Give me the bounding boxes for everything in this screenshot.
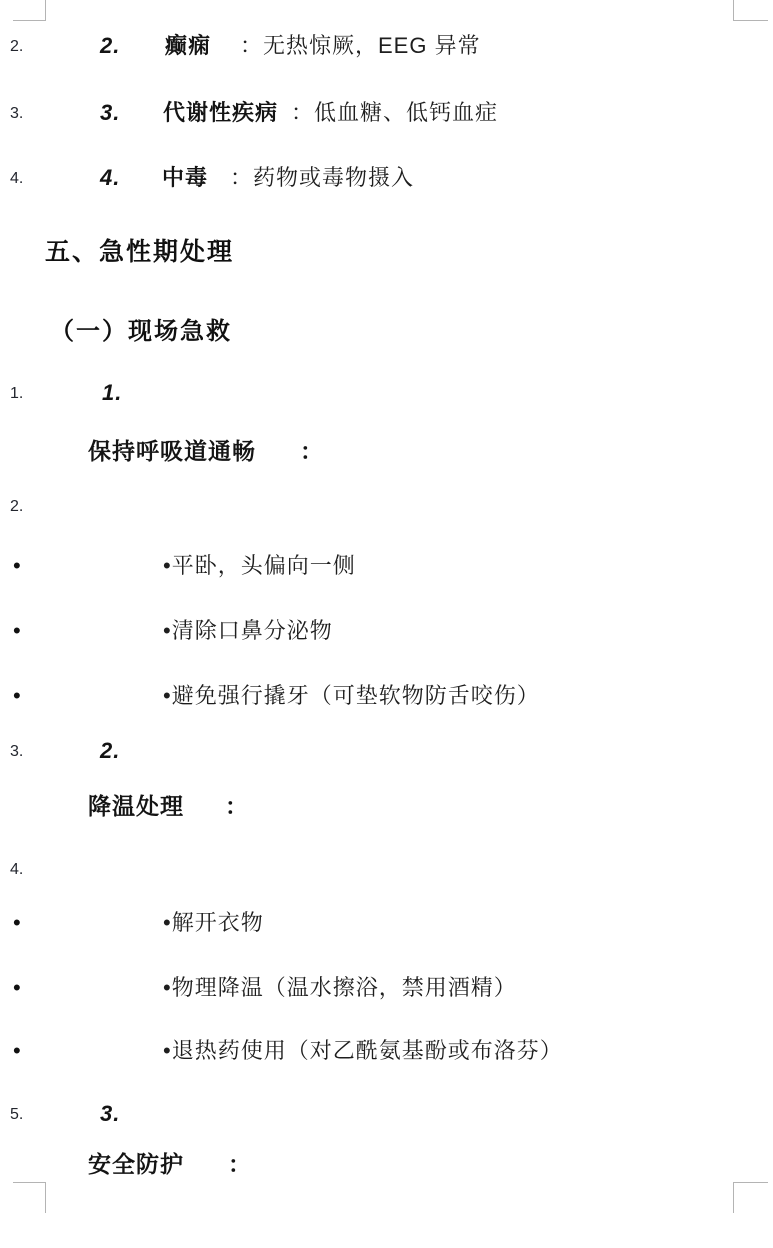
list-number: 3. — [100, 102, 120, 124]
margin-bullet-icon: • — [13, 555, 21, 577]
body-text: ：低血糖、低钙血症 — [291, 102, 498, 124]
subheading-text: ： — [300, 440, 324, 463]
subheading-text: 降温处理 — [88, 795, 184, 818]
margin-bullet-icon: • — [13, 1040, 21, 1062]
section-heading: 五、急性期处理 — [45, 240, 234, 265]
list-number: 1. — [102, 382, 122, 404]
text-boundary-mark-bottom-right — [733, 1182, 768, 1213]
body-text: •物理降温（温水擦浴，禁用酒精） — [163, 977, 517, 999]
margin-list-number: 4. — [10, 171, 23, 187]
text-boundary-mark-bottom-left — [13, 1182, 46, 1213]
margin-list-number: 3. — [10, 744, 23, 760]
subheading-text: 安全防护 — [88, 1153, 184, 1176]
margin-list-number: 5. — [10, 1107, 23, 1123]
list-number: 2. — [100, 740, 120, 762]
body-text: ：无热惊厥，EEG 异常 — [240, 35, 481, 57]
document-page: 2.2.癫痫：无热惊厥，EEG 异常3.3.代谢性疾病：低血糖、低钙血症4.4.… — [0, 0, 773, 1248]
body-text: ：药物或毒物摄入 — [230, 167, 414, 189]
term-bold-text: 癫痫 — [165, 35, 211, 57]
text-boundary-mark-top-left — [13, 0, 46, 21]
margin-list-number: 2. — [10, 499, 23, 515]
margin-bullet-icon: • — [13, 912, 21, 934]
subheading-text: ： — [225, 795, 249, 818]
margin-list-number: 3. — [10, 106, 23, 122]
term-bold-text: 中毒 — [162, 167, 208, 189]
text-boundary-mark-top-right — [733, 0, 768, 21]
body-text: •平卧，头偏向一侧 — [163, 555, 356, 577]
subheading-text: ： — [228, 1153, 252, 1176]
margin-bullet-icon: • — [13, 685, 21, 707]
subsection-heading: （一）现场急救 — [50, 320, 232, 344]
list-number: 3. — [100, 1103, 120, 1125]
margin-list-number: 2. — [10, 39, 23, 55]
margin-bullet-icon: • — [13, 620, 21, 642]
body-text: •避免强行撬牙（可垫软物防舌咬伤） — [163, 685, 540, 707]
list-number: 4. — [100, 167, 120, 189]
body-text: •清除口鼻分泌物 — [163, 620, 333, 642]
margin-bullet-icon: • — [13, 977, 21, 999]
term-bold-text: 代谢性疾病 — [163, 102, 278, 124]
margin-list-number: 4. — [10, 862, 23, 878]
list-number: 2. — [100, 35, 120, 57]
margin-list-number: 1. — [10, 386, 23, 402]
body-text: •退热药使用（对乙酰氨基酚或布洛芬） — [163, 1040, 563, 1062]
body-text: •解开衣物 — [163, 912, 264, 934]
subheading-text: 保持呼吸道通畅 — [88, 440, 256, 463]
